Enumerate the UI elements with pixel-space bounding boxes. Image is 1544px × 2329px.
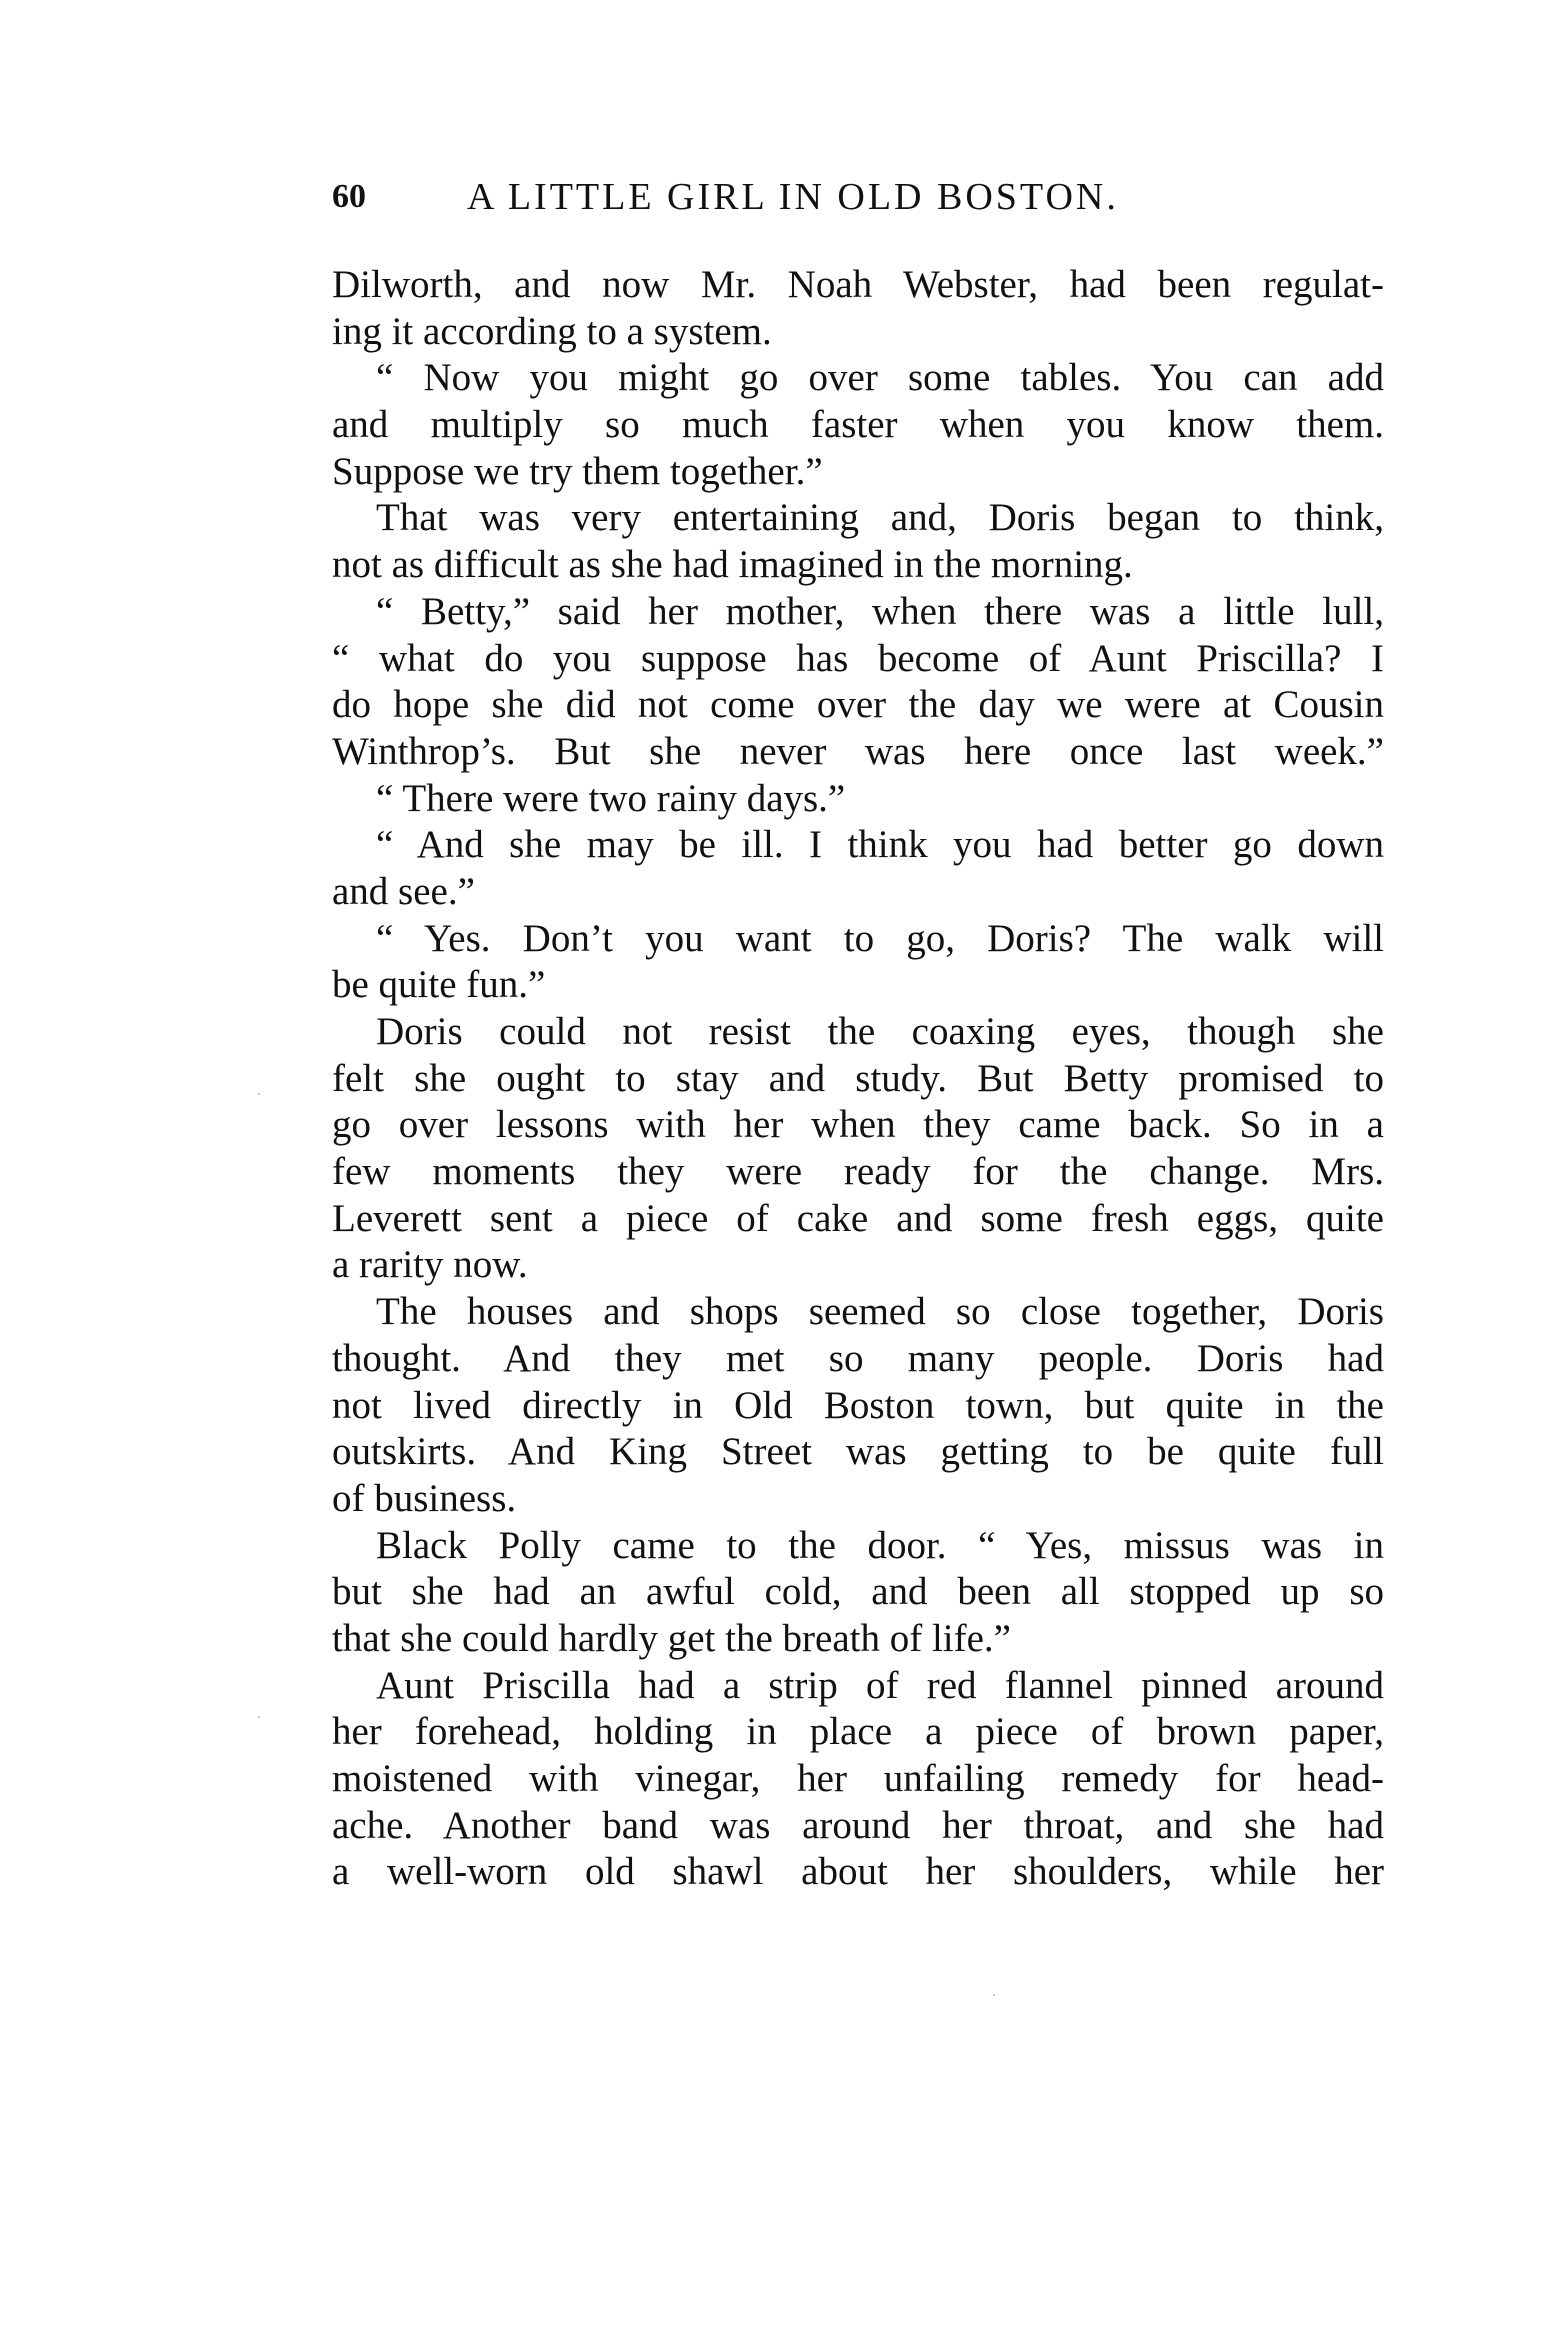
text-line: moistened with vinegar, her unfailing re… [332, 1756, 1384, 1803]
scan-speck [258, 1716, 260, 1718]
text-line: and multiply so much faster when you kno… [332, 402, 1384, 449]
text-line: Aunt Priscilla had a strip of red flanne… [332, 1663, 1384, 1710]
scan-speck [258, 1093, 260, 1095]
text-line: “ what do you suppose has become of Aunt… [332, 636, 1384, 683]
text-line: of business. [332, 1476, 1384, 1523]
text-line: “ There were two rainy days.” [332, 776, 1384, 823]
text-line: thought. And they met so many people. Do… [332, 1336, 1384, 1383]
text-line: “ Now you might go over some tables. You… [332, 355, 1384, 402]
text-line: “ Yes. Don’t you want to go, Doris? The … [332, 916, 1384, 963]
text-line: Leverett sent a piece of cake and some f… [332, 1196, 1384, 1243]
text-line: Black Polly came to the door. “ Yes, mis… [332, 1523, 1384, 1570]
text-line: The houses and shops seemed so close tog… [332, 1289, 1384, 1336]
text-line: That was very entertaining and, Doris be… [332, 495, 1384, 542]
text-line: go over lessons with her when they came … [332, 1102, 1384, 1149]
text-line: few moments they were ready for the chan… [332, 1149, 1384, 1196]
page-number: 60 [332, 172, 366, 222]
text-line: not lived directly in Old Boston town, b… [332, 1383, 1384, 1430]
text-line: a well-worn old shawl about her shoulder… [332, 1849, 1384, 1896]
text-line: not as difficult as she had imagined in … [332, 542, 1384, 589]
text-line: and see.” [332, 869, 1384, 916]
text-line: felt she ought to stay and study. But Be… [332, 1056, 1384, 1103]
text-line: do hope she did not come over the day we… [332, 682, 1384, 729]
scan-speck [993, 1994, 995, 1996]
text-line: “ And she may be ill. I think you had be… [332, 822, 1384, 869]
text-line: that she could hardly get the breath of … [332, 1616, 1384, 1663]
text-line: Doris could not resist the coaxing eyes,… [332, 1009, 1384, 1056]
text-line: but she had an awful cold, and been all … [332, 1569, 1384, 1616]
text-line: a rarity now. [332, 1242, 1384, 1289]
text-line: outskirts. And King Street was getting t… [332, 1429, 1384, 1476]
text-line: be quite fun.” [332, 962, 1384, 1009]
text-line: “ Betty,” said her mother, when there wa… [332, 589, 1384, 636]
text-line: ache. Another band was around her throat… [332, 1803, 1384, 1850]
body-text: Dilworth, and now Mr. Noah Webster, had … [332, 262, 1384, 1896]
text-line: Winthrop’s. But she never was here once … [332, 729, 1384, 776]
running-header: 60 A LITTLE GIRL IN OLD BOSTON. [332, 172, 1384, 222]
text-line: ing it according to a system. [332, 309, 1384, 356]
text-line: Suppose we try them together.” [332, 449, 1384, 496]
running-title: A LITTLE GIRL IN OLD BOSTON. [467, 172, 1119, 222]
text-line: Dilworth, and now Mr. Noah Webster, had … [332, 262, 1384, 309]
text-line: her forehead, holding in place a piece o… [332, 1709, 1384, 1756]
